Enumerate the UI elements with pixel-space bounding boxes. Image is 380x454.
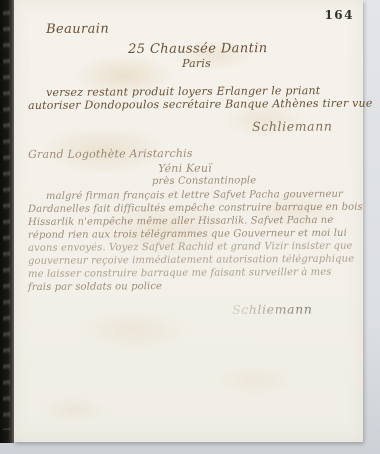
telegram1-line: autoriser Dondopoulos secrétaire Banque … <box>28 97 373 112</box>
telegram2-line: Dardanelles fait difficultés empêche con… <box>28 202 363 215</box>
telegram2-line: me laisser construire barraque me faisan… <box>28 267 332 280</box>
telegram2-line: gouverneur reçoive immédiatement autoris… <box>28 254 354 267</box>
scanned-manuscript-page: 164 Beaurain 25 Chaussée Dantin Paris ve… <box>0 0 380 454</box>
recipient-place: Yéni Keuï <box>158 162 212 175</box>
telegram2-line: malgré firman français et lettre Safvet … <box>46 189 343 202</box>
signature-schliemann-faded: Schliemann <box>232 301 313 317</box>
recipient-place-2: près Constantinople <box>152 175 256 187</box>
adjacent-page-writing-sliver <box>3 10 10 430</box>
telegram2-line: frais par soldats ou police <box>28 281 162 293</box>
telegram2-line: avons envoyés. Voyez Safvet Rachid et gr… <box>28 241 353 254</box>
signature-schliemann: Schliemann <box>252 118 333 134</box>
address-street: 25 Chaussée Dantin <box>128 41 268 57</box>
sender-name: Beaurain <box>46 22 109 37</box>
recipient-name: Grand Logothète Aristarchis <box>28 147 193 161</box>
telegram2-line: répond rien aux trois télégrammes que Go… <box>28 228 347 241</box>
page-number-stamp: 164 <box>324 8 354 22</box>
book-binding-edge <box>0 0 14 443</box>
telegram2-line: Hissarlik n'empêche même aller Hissarlik… <box>28 215 333 228</box>
address-city: Paris <box>182 57 211 70</box>
